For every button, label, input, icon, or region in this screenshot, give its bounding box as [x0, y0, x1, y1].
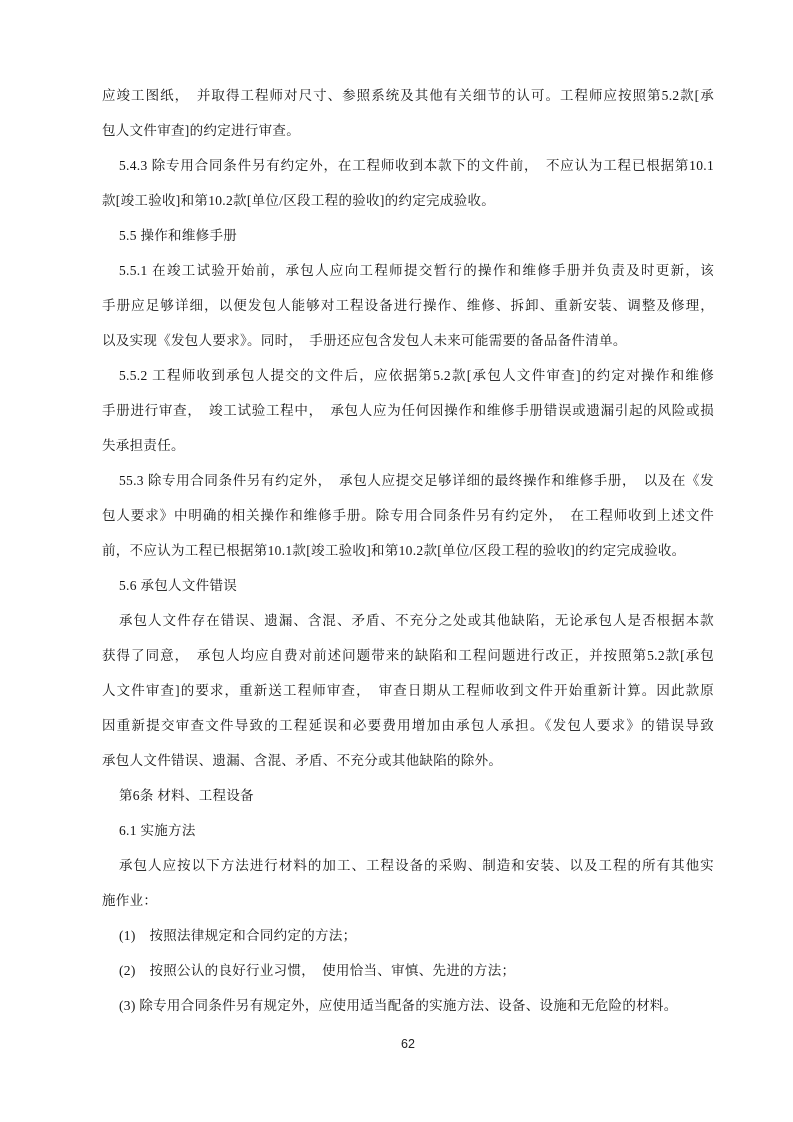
doc-line: 款[竣工验收]和第10.2款[单位/区段工程的验收]的约定完成验收。	[102, 183, 714, 218]
list-item-3: (3) 除专用合同条件另有规定外，应使用适当配备的实施方法、设备、设施和无危险的…	[102, 988, 714, 1023]
list-item-2: (2) 按照公认的良好行业习惯， 使用恰当、审慎、先进的方法；	[102, 953, 714, 988]
doc-line: 前，不应认为工程已根据第10.1款[竣工验收]和第10.2款[单位/区段工程的验…	[102, 533, 714, 568]
doc-line: 承包人文件存在错误、遗漏、含混、矛盾、不充分之处或其他缺陷，无论承包人是否根据本…	[102, 603, 714, 638]
clause-5-5-3-line: 55.3 除专用合同条件另有约定外， 承包人应提交足够详细的最终操作和维修手册，…	[102, 463, 714, 498]
clause-5-5-1-line: 5.5.1 在竣工试验开始前，承包人应向工程师提交暂行的操作和维修手册并负责及时…	[102, 253, 714, 288]
doc-line: 失承担责任。	[102, 428, 714, 463]
doc-line: 手册应足够详细，以便发包人能够对工程设备进行操作、维修、拆卸、重新安装、调整及修…	[102, 288, 714, 323]
heading-5-6: 5.6 承包人文件错误	[102, 568, 714, 603]
doc-line: 人文件审查]的要求，重新送工程师审查， 审查日期从工程师收到文件开始重新计算。因…	[102, 673, 714, 708]
heading-article-6: 第6条 材料、工程设备	[102, 778, 714, 813]
doc-line: 承包人文件错误、遗漏、含混、矛盾、不充分或其他缺陷的除外。	[102, 743, 714, 778]
doc-line: 以及实现《发包人要求》。同时， 手册还应包含发包人未来可能需要的备品备件清单。	[102, 323, 714, 358]
page-number: 62	[102, 1036, 714, 1052]
clause-5-4-3-line: 5.4.3 除专用合同条件另有约定外，在工程师收到本款下的文件前， 不应认为工程…	[102, 148, 714, 183]
doc-line: 包人要求》中明确的相关操作和维修手册。除专用合同条件另有约定外， 在工程师收到上…	[102, 498, 714, 533]
heading-5-5: 5.5 操作和维修手册	[102, 218, 714, 253]
clause-5-5-2-line: 5.5.2 工程师收到承包人提交的文件后，应依据第5.2款[承包人文件审查]的约…	[102, 358, 714, 393]
doc-line: 施作业：	[102, 883, 714, 918]
heading-6-1: 6.1 实施方法	[102, 813, 714, 848]
doc-line: 承包人应按以下方法进行材料的加工、工程设备的采购、制造和安装、以及工程的所有其他…	[102, 848, 714, 883]
doc-line: 应竣工图纸， 并取得工程师对尺寸、参照系统及其他有关细节的认可。工程师应按照第5…	[102, 78, 714, 113]
doc-line: 包人文件审查]的约定进行审查。	[102, 113, 714, 148]
doc-line: 获得了同意， 承包人均应自费对前述问题带来的缺陷和工程问题进行改正，并按照第5.…	[102, 638, 714, 673]
document-page: 应竣工图纸， 并取得工程师对尺寸、参照系统及其他有关细节的认可。工程师应按照第5…	[0, 0, 793, 1122]
doc-line: 手册进行审查， 竣工试验工程中， 承包人应为任何因操作和维修手册错误或遗漏引起的…	[102, 393, 714, 428]
list-item-1: (1) 按照法律规定和合同约定的方法；	[102, 918, 714, 953]
doc-line: 因重新提交审查文件导致的工程延误和必要费用增加由承包人承担。《发包人要求》的错误…	[102, 708, 714, 743]
content-area: 应竣工图纸， 并取得工程师对尺寸、参照系统及其他有关细节的认可。工程师应按照第5…	[102, 78, 714, 1023]
